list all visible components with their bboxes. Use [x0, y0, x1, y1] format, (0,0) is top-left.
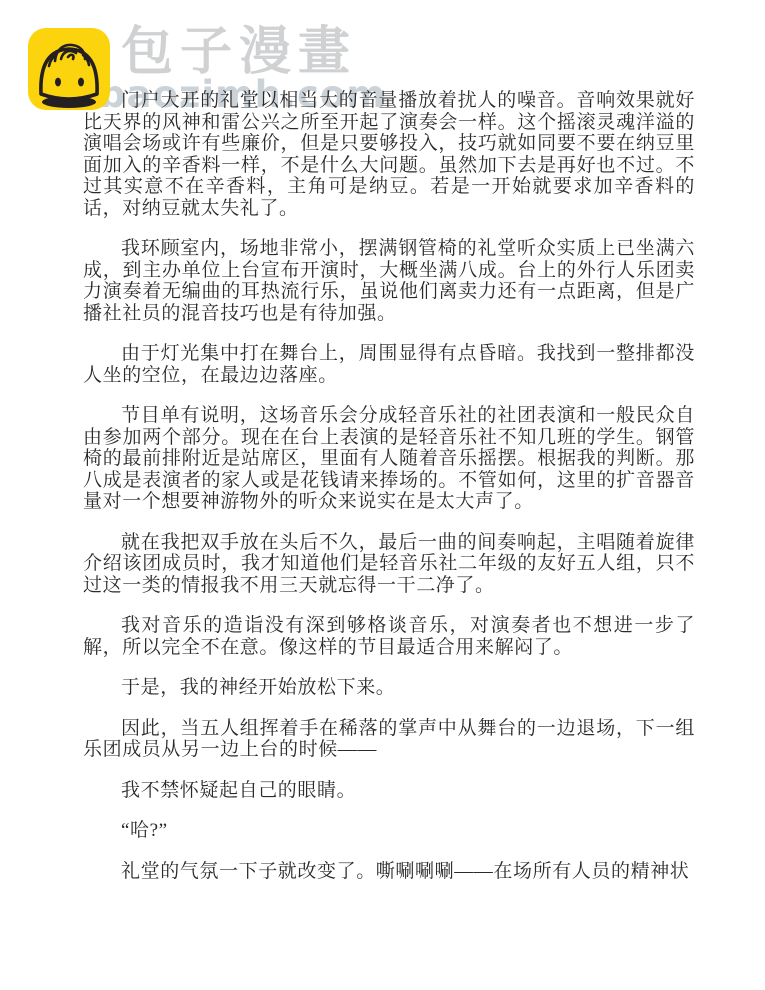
paragraph: 节目单有说明，这场音乐会分成轻音乐社的社团表演和一般民众自由参加两个部分。现在在… — [83, 405, 695, 513]
paragraph: 就在我把双手放在头后不久，最后一曲的间奏响起，主唱随着旋律介绍该团成员时，我才知… — [83, 532, 695, 597]
novel-page: 包子漫畫 baozimh.com 门户大开的礼堂以相当大的音量播放着 — [0, 0, 765, 990]
paragraph: “哈?” — [83, 820, 695, 842]
novel-text-block: 门户大开的礼堂以相当大的音量播放着扰人的噪音。音响效果就好比天界的风神和雷公兴之… — [83, 90, 695, 901]
baozi-face-icon — [28, 28, 110, 116]
paragraph: 我对音乐的造诣没有深到够格谈音乐，对演奏者也不想进一步了解，所以完全不在意。像这… — [83, 615, 695, 658]
baozi-logo — [28, 28, 110, 116]
paragraph: 礼堂的气氛一下子就改变了。嘶唰唰唰——在场所有人员的精神状 — [83, 861, 695, 883]
paragraph: 于是，我的神经开始放松下来。 — [83, 677, 695, 699]
paragraph: 因此，当五人组挥着手在稀落的掌声中从舞台的一边退场，下一组乐团成员从另一边上台的… — [83, 718, 695, 761]
paragraph: 门户大开的礼堂以相当大的音量播放着扰人的噪音。音响效果就好比天界的风神和雷公兴之… — [83, 90, 695, 219]
paragraph: 由于灯光集中打在舞台上，周围显得有点昏暗。我找到一整排都没人坐的空位，在最边边落… — [83, 343, 695, 386]
paragraph: 我不禁怀疑起自己的眼睛。 — [83, 780, 695, 802]
paragraph: 我环顾室内，场地非常小，摆满钢管椅的礼堂听众实质上已坐满六成，到主办单位上台宣布… — [83, 238, 695, 324]
